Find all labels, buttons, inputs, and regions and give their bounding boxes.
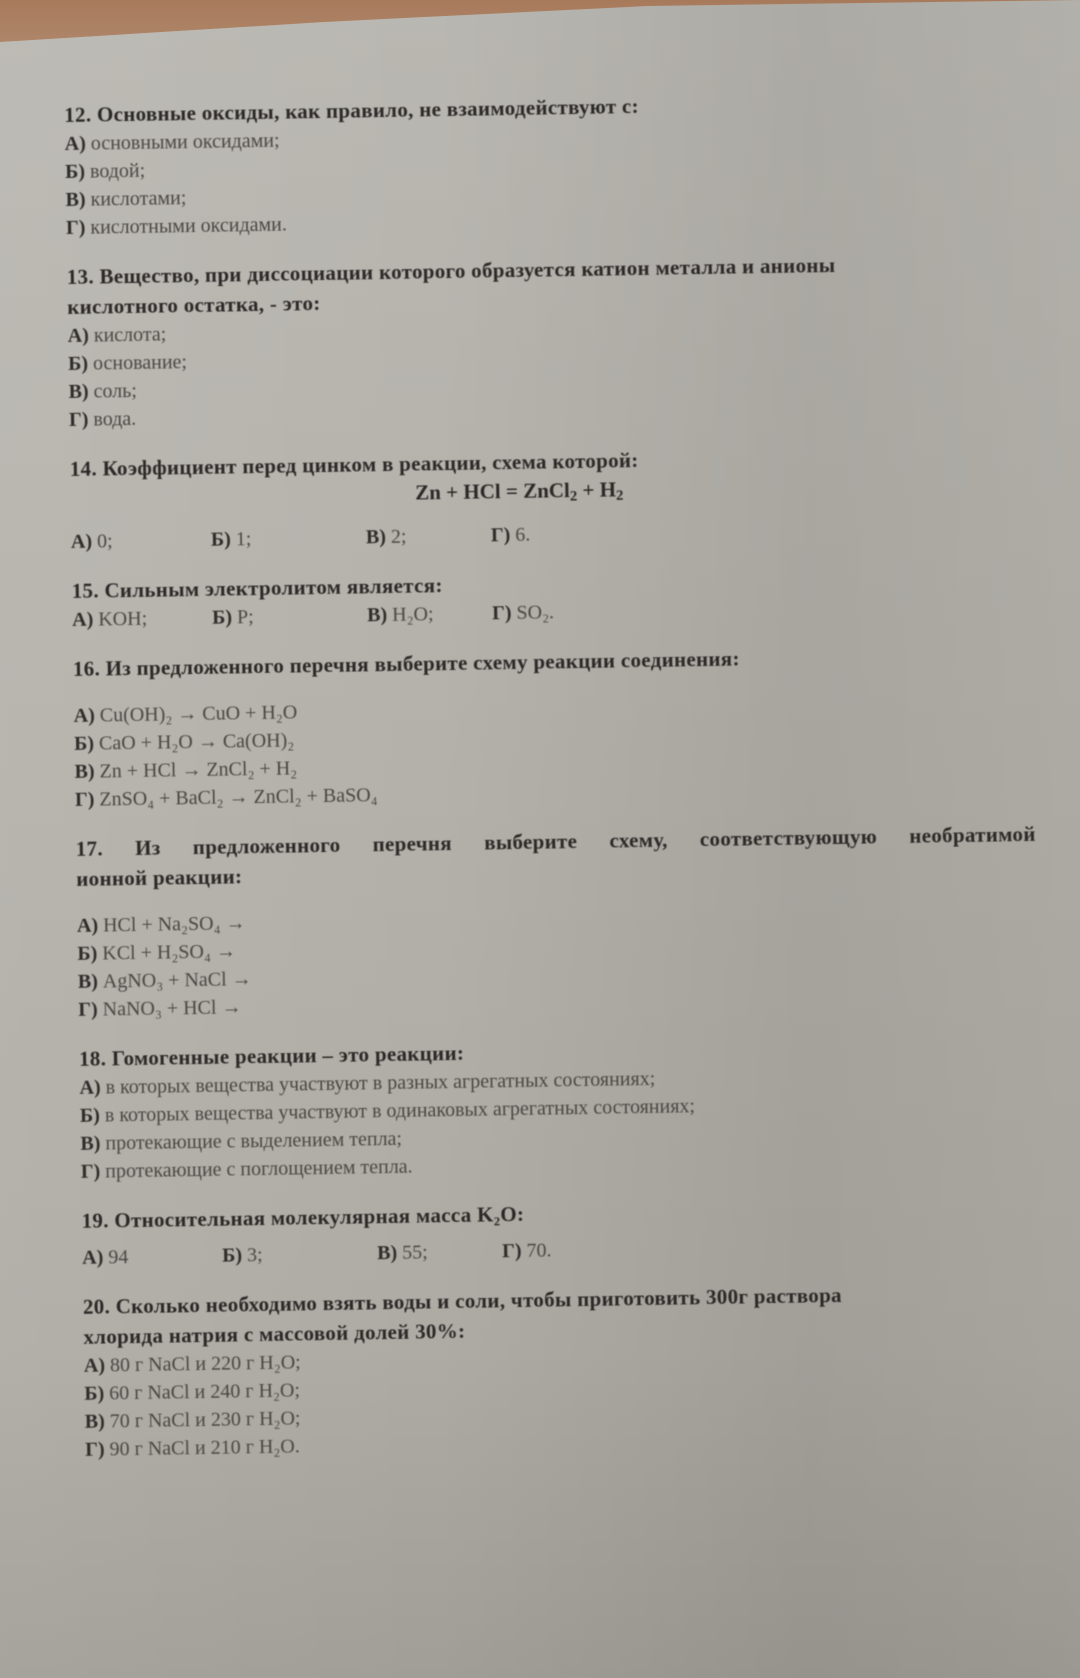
option-v: В)2; (366, 521, 491, 551)
option-v: В)H₂O; (367, 599, 492, 629)
option-b: Б)1; (211, 523, 366, 553)
question-15: 15. Сильным электролитом является: А)KOH… (71, 561, 1032, 634)
option-a: А)0; (71, 526, 211, 556)
option-g: Г)70. (502, 1236, 552, 1265)
question-18: 18. Гомогенные реакции – это реакции: А)… (79, 1029, 1041, 1186)
question-17: 17. Из предложенного перечня выберите сх… (76, 819, 1039, 1024)
option-g: Г)6. (491, 521, 531, 550)
question-13: 13. Вещество, при диссоциации которого о… (67, 247, 1030, 434)
option-b: Б)P; (212, 601, 367, 631)
question-14: 14. Коэффициент перед цинком в реакции, … (70, 439, 1031, 556)
option-b: Б)3; (222, 1239, 377, 1269)
question-12: 12. Основные оксиды, как правило, не вза… (64, 85, 1026, 242)
test-sheet: 12. Основные оксиды, как правило, не вза… (64, 85, 1046, 1484)
question-20: 20. Сколько необходимо взять воды и соли… (83, 1277, 1046, 1464)
option-g: Г)SO₂. (492, 598, 554, 627)
question-16: 16. Из предложенного перечня выберите сх… (73, 639, 1035, 814)
option-v: В)55; (377, 1237, 502, 1267)
option-a: А)KOH; (72, 604, 212, 634)
question-19: 19. Относительная молекулярная масса K₂O… (81, 1191, 1042, 1272)
option-a: А)94 (82, 1242, 222, 1272)
